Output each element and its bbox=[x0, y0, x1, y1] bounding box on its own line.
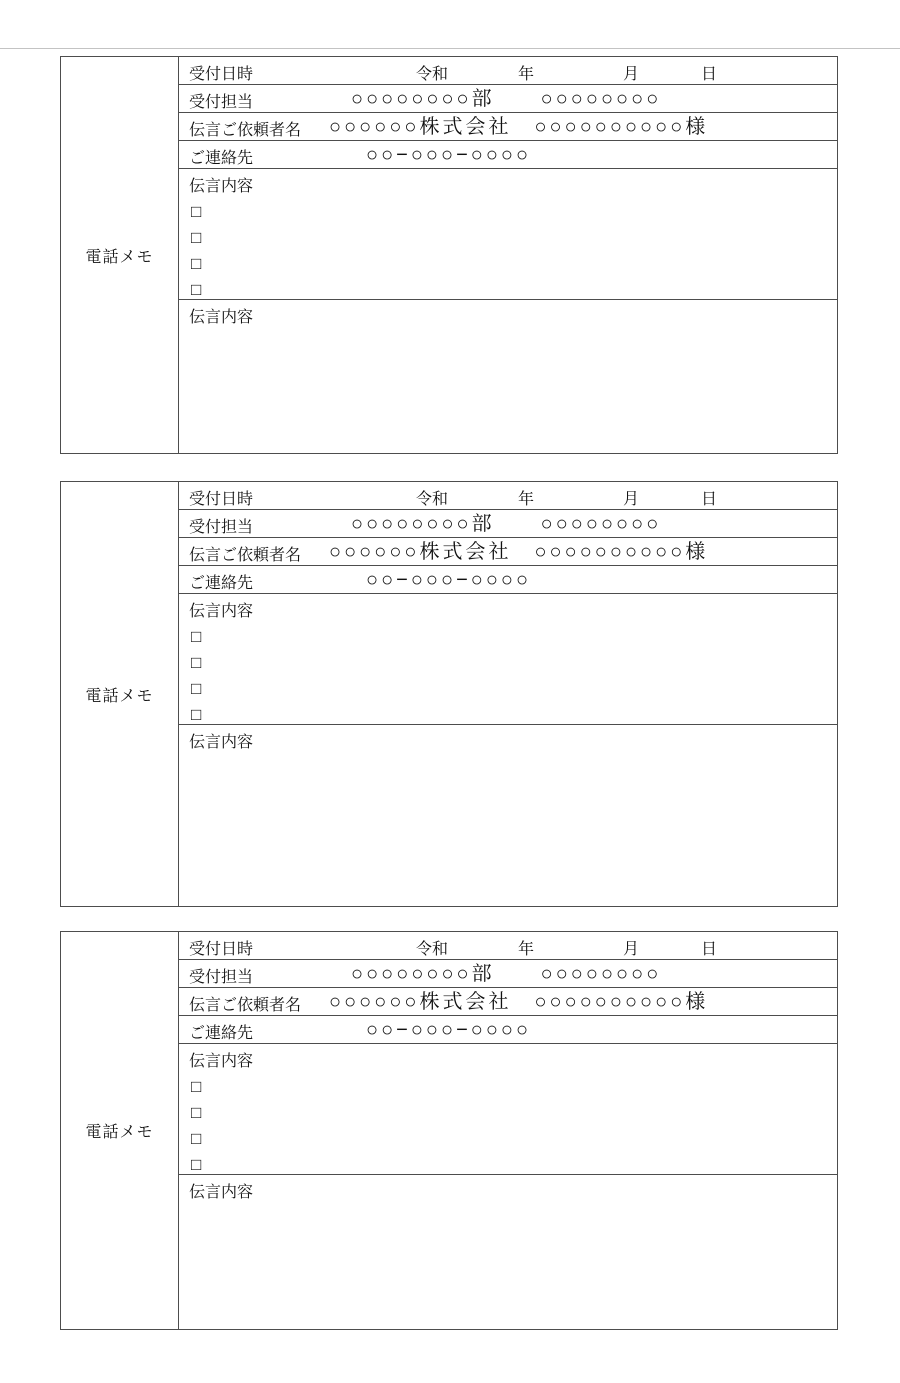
year-text: 年 bbox=[518, 61, 534, 84]
contact-value: ○○−○○○−○○○○ bbox=[366, 568, 531, 592]
contact-label: ご連絡先 bbox=[189, 145, 253, 168]
reception-staff-label: 受付担当 bbox=[189, 89, 253, 112]
row-reception-datetime: 受付日時 令和 年 月 日 bbox=[179, 57, 837, 85]
day-text: 日 bbox=[701, 936, 717, 959]
message-body-label: 伝言内容 bbox=[189, 729, 253, 752]
row-message-body: 伝言内容 bbox=[179, 1175, 837, 1329]
phone-memo-block-1: 電話メモ 受付日時 令和 年 月 日 受付担当 ○○○○○○○○部 ○○○○○○… bbox=[60, 56, 838, 454]
checkbox-glyph: □ bbox=[179, 1100, 837, 1126]
requester-name-value: ○○○○○○株式会社 ○○○○○○○○○○様 bbox=[329, 115, 708, 139]
reception-staff-value: ○○○○○○○○部 ○○○○○○○○ bbox=[351, 87, 661, 111]
month-text: 月 bbox=[623, 61, 639, 84]
message-checklist-label: 伝言内容 bbox=[179, 594, 837, 621]
reception-staff-value: ○○○○○○○○部 ○○○○○○○○ bbox=[351, 512, 661, 536]
checkbox-glyph: □ bbox=[179, 1074, 837, 1100]
row-reception-staff: 受付担当 ○○○○○○○○部 ○○○○○○○○ bbox=[179, 85, 837, 113]
checkbox-glyph: □ bbox=[179, 676, 837, 702]
era-text: 令和 bbox=[416, 936, 448, 959]
year-text: 年 bbox=[518, 936, 534, 959]
message-body-label: 伝言内容 bbox=[189, 304, 253, 327]
row-contact: ご連絡先 ○○−○○○−○○○○ bbox=[179, 566, 837, 594]
message-checklist-label: 伝言内容 bbox=[179, 169, 837, 196]
year-text: 年 bbox=[518, 486, 534, 509]
reception-datetime-label: 受付日時 bbox=[189, 486, 253, 509]
row-reception-staff: 受付担当 ○○○○○○○○部 ○○○○○○○○ bbox=[179, 510, 837, 538]
memo-form-table: 受付日時 令和 年 月 日 受付担当 ○○○○○○○○部 ○○○○○○○○ 伝言… bbox=[179, 482, 837, 906]
side-label-cell: 電話メモ bbox=[61, 57, 179, 453]
memo-title: 電話メモ bbox=[85, 244, 153, 267]
message-body-label: 伝言内容 bbox=[189, 1179, 253, 1202]
requester-name-value: ○○○○○○株式会社 ○○○○○○○○○○様 bbox=[329, 990, 708, 1014]
page-top-rule bbox=[0, 48, 900, 49]
phone-memo-block-3: 電話メモ 受付日時 令和 年 月 日 受付担当 ○○○○○○○○部 ○○○○○○… bbox=[60, 931, 838, 1330]
checkbox-glyph: □ bbox=[179, 251, 837, 277]
row-requester-name: 伝言ご依頼者名 ○○○○○○株式会社 ○○○○○○○○○○様 bbox=[179, 113, 837, 141]
memo-title: 電話メモ bbox=[85, 683, 153, 706]
checkbox-glyph: □ bbox=[179, 624, 837, 650]
era-text: 令和 bbox=[416, 486, 448, 509]
contact-value: ○○−○○○−○○○○ bbox=[366, 143, 531, 167]
row-message-body: 伝言内容 bbox=[179, 725, 837, 906]
day-text: 日 bbox=[701, 486, 717, 509]
month-text: 月 bbox=[623, 486, 639, 509]
era-text: 令和 bbox=[416, 61, 448, 84]
row-message-checklist: 伝言内容 □ □ □ □ bbox=[179, 1044, 837, 1175]
requester-name-value: ○○○○○○株式会社 ○○○○○○○○○○様 bbox=[329, 540, 708, 564]
row-requester-name: 伝言ご依頼者名 ○○○○○○株式会社 ○○○○○○○○○○様 bbox=[179, 988, 837, 1016]
row-contact: ご連絡先 ○○−○○○−○○○○ bbox=[179, 141, 837, 169]
day-text: 日 bbox=[701, 61, 717, 84]
contact-label: ご連絡先 bbox=[189, 570, 253, 593]
requester-name-label: 伝言ご依頼者名 bbox=[189, 992, 301, 1015]
checkbox-glyph: □ bbox=[179, 199, 837, 225]
row-contact: ご連絡先 ○○−○○○−○○○○ bbox=[179, 1016, 837, 1044]
reception-staff-value: ○○○○○○○○部 ○○○○○○○○ bbox=[351, 962, 661, 986]
requester-name-label: 伝言ご依頼者名 bbox=[189, 117, 301, 140]
checkbox-glyph: □ bbox=[179, 1126, 837, 1152]
row-message-body: 伝言内容 bbox=[179, 300, 837, 453]
reception-datetime-label: 受付日時 bbox=[189, 936, 253, 959]
row-message-checklist: 伝言内容 □ □ □ □ bbox=[179, 169, 837, 300]
phone-memo-block-2: 電話メモ 受付日時 令和 年 月 日 受付担当 ○○○○○○○○部 ○○○○○○… bbox=[60, 481, 838, 907]
reception-staff-label: 受付担当 bbox=[189, 514, 253, 537]
row-reception-datetime: 受付日時 令和 年 月 日 bbox=[179, 482, 837, 510]
requester-name-label: 伝言ご依頼者名 bbox=[189, 542, 301, 565]
reception-staff-label: 受付担当 bbox=[189, 964, 253, 987]
row-reception-datetime: 受付日時 令和 年 月 日 bbox=[179, 932, 837, 960]
memo-form-table: 受付日時 令和 年 月 日 受付担当 ○○○○○○○○部 ○○○○○○○○ 伝言… bbox=[179, 932, 837, 1329]
checkbox-glyph: □ bbox=[179, 225, 837, 251]
memo-form-table: 受付日時 令和 年 月 日 受付担当 ○○○○○○○○部 ○○○○○○○○ 伝言… bbox=[179, 57, 837, 453]
month-text: 月 bbox=[623, 936, 639, 959]
memo-title: 電話メモ bbox=[85, 1119, 153, 1142]
reception-datetime-label: 受付日時 bbox=[189, 61, 253, 84]
side-label-cell: 電話メモ bbox=[61, 932, 179, 1329]
row-requester-name: 伝言ご依頼者名 ○○○○○○株式会社 ○○○○○○○○○○様 bbox=[179, 538, 837, 566]
row-reception-staff: 受付担当 ○○○○○○○○部 ○○○○○○○○ bbox=[179, 960, 837, 988]
row-message-checklist: 伝言内容 □ □ □ □ bbox=[179, 594, 837, 725]
contact-label: ご連絡先 bbox=[189, 1020, 253, 1043]
side-label-cell: 電話メモ bbox=[61, 482, 179, 906]
checkbox-glyph: □ bbox=[179, 650, 837, 676]
contact-value: ○○−○○○−○○○○ bbox=[366, 1018, 531, 1042]
message-checklist-label: 伝言内容 bbox=[179, 1044, 837, 1071]
